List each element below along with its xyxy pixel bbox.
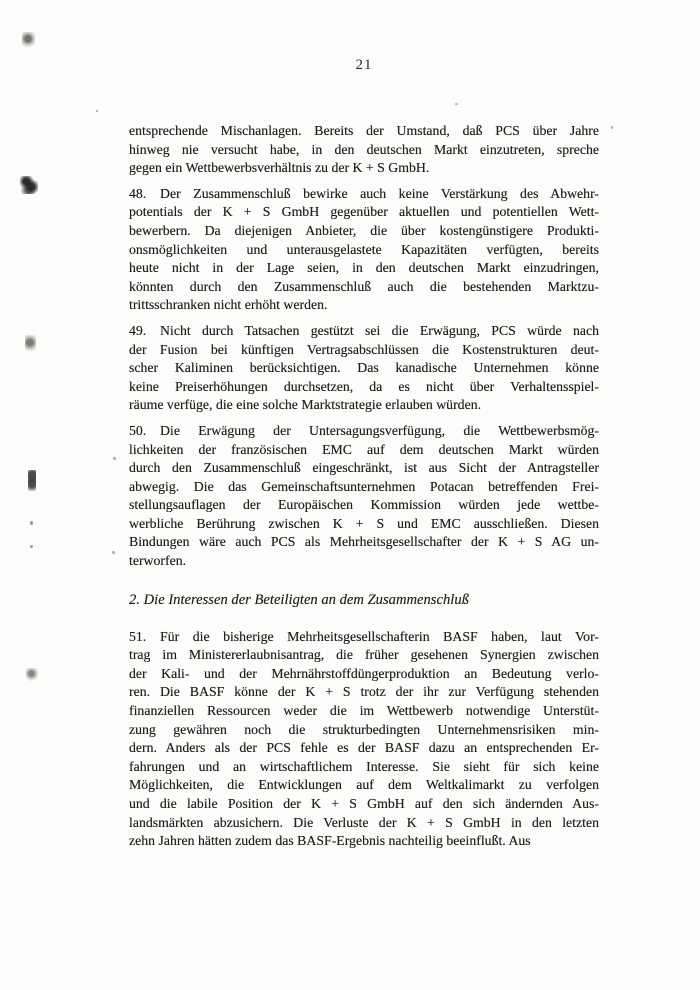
text-line: der Fusion bei künftigen Vertragsabschlü… bbox=[129, 341, 599, 360]
text-line: 48. Der Zusammenschluß bewirke auch kein… bbox=[129, 185, 599, 204]
text-block: entsprechende Mischanlagen. Bereits der … bbox=[129, 122, 599, 851]
text-line: zung gewähren noch die strukturbedingten… bbox=[129, 721, 599, 740]
scan-smudge bbox=[28, 470, 36, 491]
text-line: zehn Jahren hätten zudem das BASF-Ergebn… bbox=[129, 832, 599, 851]
text-line: keine Preiserhöhungen durchsetzen, da es… bbox=[129, 378, 599, 397]
text-line: terworfen. bbox=[129, 552, 599, 571]
scan-smudge bbox=[26, 668, 38, 682]
text-line: heute nicht in der Lage seien, in den de… bbox=[129, 259, 599, 278]
scan-smudge bbox=[25, 335, 36, 354]
text-line: 50. Die Erwägung der Untersagungsverfügu… bbox=[129, 422, 599, 441]
text-line: stellungsauflagen der Europäischen Kommi… bbox=[129, 496, 599, 515]
text-line: Bindungen wäre auch PCS als Mehrheitsges… bbox=[129, 533, 599, 552]
text-line: räume verfüge, die eine solche Marktstra… bbox=[129, 396, 599, 415]
paragraph-49: 49. Nicht durch Tatsachen gestützt sei d… bbox=[129, 322, 599, 415]
text-line: 49. Nicht durch Tatsachen gestützt sei d… bbox=[129, 322, 599, 341]
scanned-document-page: 21 entsprechende Mischanlagen. Bereits d… bbox=[0, 0, 700, 990]
text-line: hinweg nie versucht habe, in den deutsch… bbox=[129, 141, 599, 160]
text-line: scher Kaliminen berücksichtigen. Das kan… bbox=[129, 359, 599, 378]
text-line: 51. Für die bisherige Mehrheitsgesellsch… bbox=[129, 628, 599, 647]
section-heading-2: 2. Die Interessen der Beteiligten an dem… bbox=[129, 591, 599, 610]
scan-speck bbox=[96, 110, 98, 112]
text-line: gegen ein Wettbewerbsverhältnis zu der K… bbox=[129, 159, 599, 178]
text-line: und die labile Position der K + S GmbH a… bbox=[129, 795, 599, 814]
scan-speck bbox=[112, 551, 115, 554]
paragraph-50: 50. Die Erwägung der Untersagungsverfügu… bbox=[129, 422, 599, 571]
text-line: entsprechende Mischanlagen. Bereits der … bbox=[129, 122, 599, 141]
scan-speck bbox=[30, 521, 33, 525]
scan-speck bbox=[455, 103, 458, 105]
scan-smudge bbox=[22, 32, 35, 49]
scan-smudge bbox=[20, 176, 38, 194]
scan-speck bbox=[30, 545, 33, 548]
text-line: trittsschranken nicht erhöht werden. bbox=[129, 296, 599, 315]
text-line: fahrungen und an wirtschaftlichem Intere… bbox=[129, 758, 599, 777]
text-line: trag im Ministererlaubnisantrag, die frü… bbox=[129, 646, 599, 665]
text-line: durch den Zusammenschluß eingeschränkt, … bbox=[129, 459, 599, 478]
text-line: abwegig. Die das Gemeinschaftsunternehme… bbox=[129, 478, 599, 497]
paragraph-51: 51. Für die bisherige Mehrheitsgesellsch… bbox=[129, 628, 599, 851]
text-line: potentials der K + S GmbH gegenüber aktu… bbox=[129, 203, 599, 222]
paragraph-intro-continuation: entsprechende Mischanlagen. Bereits der … bbox=[129, 122, 599, 178]
page-number: 21 bbox=[129, 57, 599, 74]
text-line: onsmöglichkeiten und unterausgelastete K… bbox=[129, 241, 599, 260]
text-line: könnten durch den Zusammenschluß auch di… bbox=[129, 278, 599, 297]
paragraph-48: 48. Der Zusammenschluß bewirke auch kein… bbox=[129, 185, 599, 315]
text-line: ren. Die BASF könne der K + S trotz der … bbox=[129, 683, 599, 702]
text-line: lichkeiten der französischen EMC auf dem… bbox=[129, 441, 599, 460]
text-line: finanziellen Ressourcen weder die im Wet… bbox=[129, 702, 599, 721]
text-line: dern. Anders als der PCS fehle es der BA… bbox=[129, 739, 599, 758]
scan-speck bbox=[611, 126, 613, 129]
text-line: landsmärkten abzusichern. Die Verluste d… bbox=[129, 814, 599, 833]
text-line: werbliche Berührung zwischen K + S und E… bbox=[129, 515, 599, 534]
scan-speck bbox=[113, 457, 116, 460]
text-line: bewerbern. Da diejenigen Anbieter, die ü… bbox=[129, 222, 599, 241]
text-line: Möglichkeiten, die Entwicklungen auf dem… bbox=[129, 776, 599, 795]
text-line: der Kali- und der Mehrnährstoffdüngerpro… bbox=[129, 665, 599, 684]
